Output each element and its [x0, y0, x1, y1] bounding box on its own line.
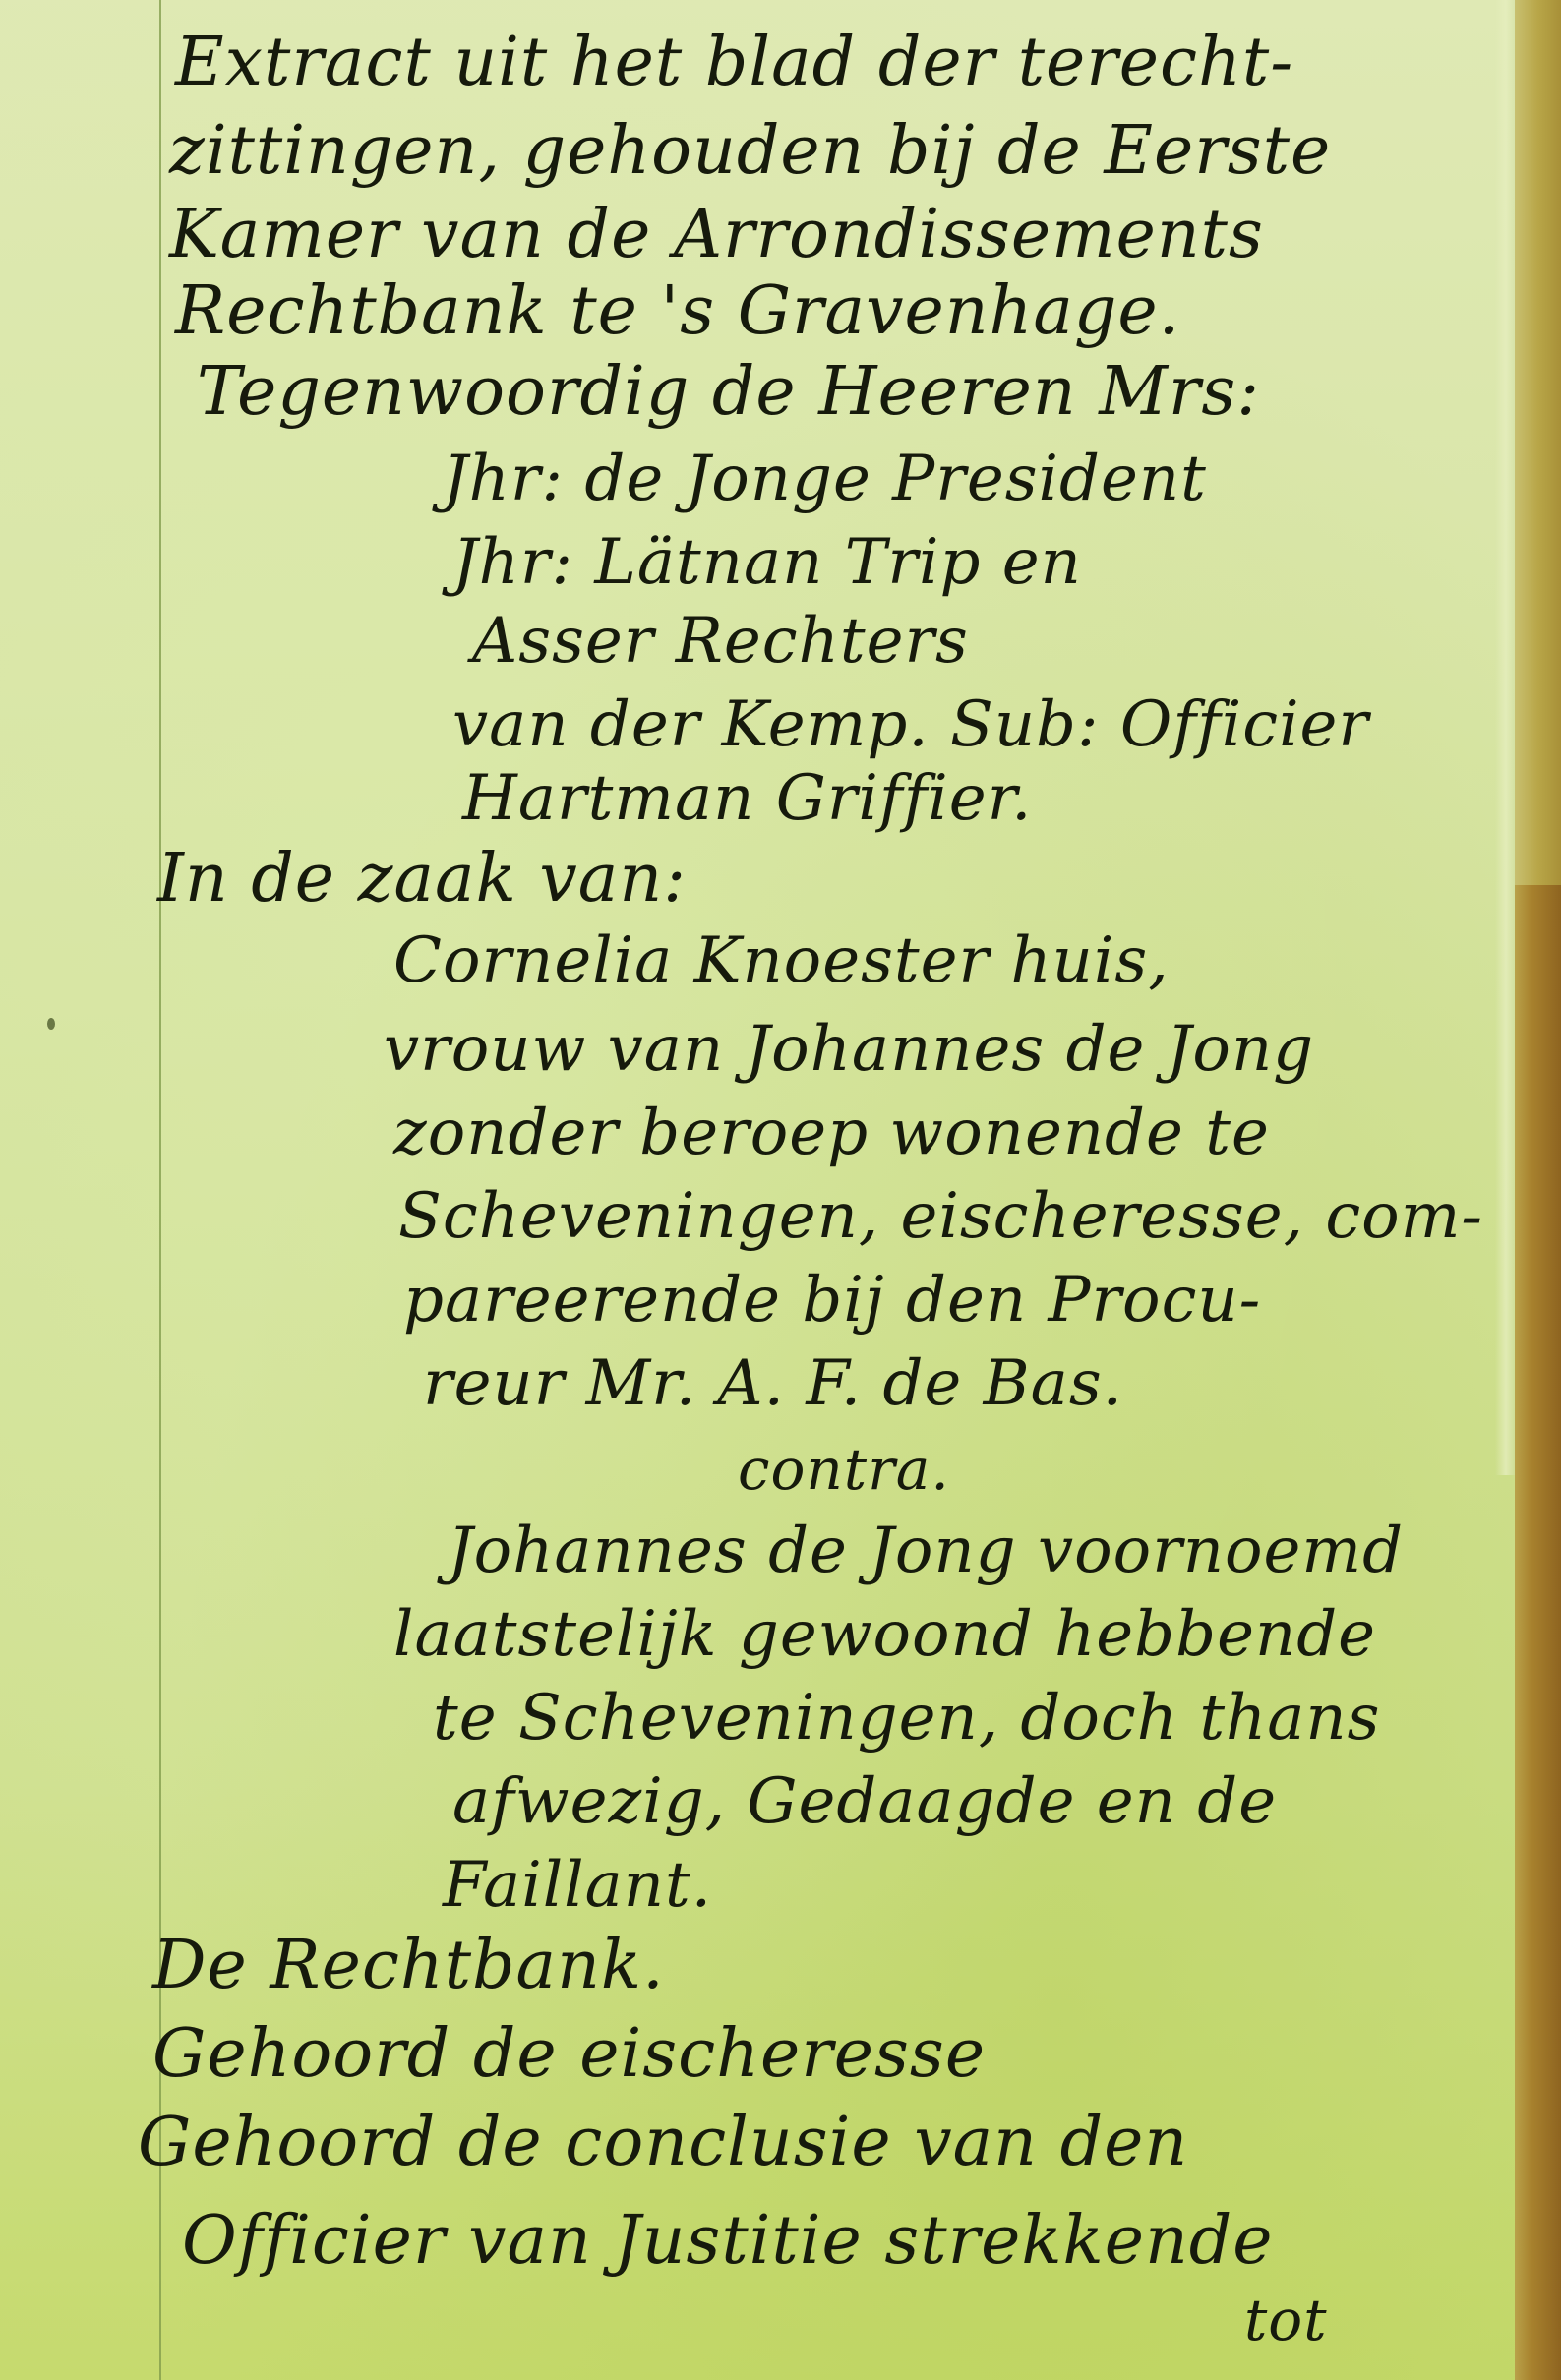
plaintiff-line-1: Cornelia Knoester huis, [393, 929, 1170, 992]
versus-label: contra. [738, 1441, 950, 1498]
heading-line-4: Rechtbank te 's Gravenhage. [175, 278, 1180, 345]
member-sub-officer: van der Kemp. Sub: Officier [452, 693, 1369, 756]
member-clerk: Hartman Griffier. [462, 767, 1033, 830]
plaintiff-line-2: vrouw van Johannes de Jong [384, 1018, 1314, 1081]
present-intro: Tegenwoordig de Heeren Mrs: [197, 359, 1260, 426]
ink-blot [47, 1018, 55, 1030]
defendant-line-5: Faillant. [443, 1854, 712, 1917]
heading-line-2: zittingen, gehouden bij de Eerste [169, 118, 1331, 185]
page-fold-shadow [1495, 0, 1517, 1475]
member-judge-1: Jhr: Lätnan Trip en [452, 531, 1082, 594]
ruling-line-1: Gehoord de eischeresse [152, 2021, 986, 2088]
defendant-line-3: te Scheveningen, doch thans [433, 1687, 1380, 1750]
defendant-line-1: Johannes de Jong voornoemd [448, 1519, 1404, 1582]
plaintiff-line-3: zonder beroep wonende te [393, 1101, 1270, 1164]
heading-line-3: Kamer van de Arrondissements [169, 202, 1264, 268]
member-judge-2: Asser Rechters [472, 610, 969, 673]
plaintiff-line-6: reur Mr. A. F. de Bas. [423, 1352, 1123, 1415]
book-binding-edge-upper [1515, 0, 1561, 885]
ledger-page: Extract uit het blad der terecht- zittin… [0, 0, 1515, 2380]
ruling-line-4: tot [1244, 2291, 1328, 2349]
court-heading: De Rechtbank. [152, 1933, 665, 1999]
case-intro: In de zaak van: [157, 846, 687, 913]
heading-line-1: Extract uit het blad der terecht- [175, 30, 1293, 96]
plaintiff-line-5: pareerende bij den Procu- [403, 1269, 1261, 1332]
defendant-line-2: laatstelijk gewoond hebbende [393, 1603, 1376, 1666]
defendant-line-4: afwezig, Gedaagde en de [452, 1770, 1277, 1833]
plaintiff-line-4: Scheveningen, eischeresse, com- [398, 1185, 1483, 1248]
ruling-line-2: Gehoord de conclusie van den [138, 2110, 1188, 2176]
ruling-line-3: Officier van Justitie strekkende [182, 2208, 1274, 2275]
member-president: Jhr: de Jonge President [443, 447, 1207, 510]
